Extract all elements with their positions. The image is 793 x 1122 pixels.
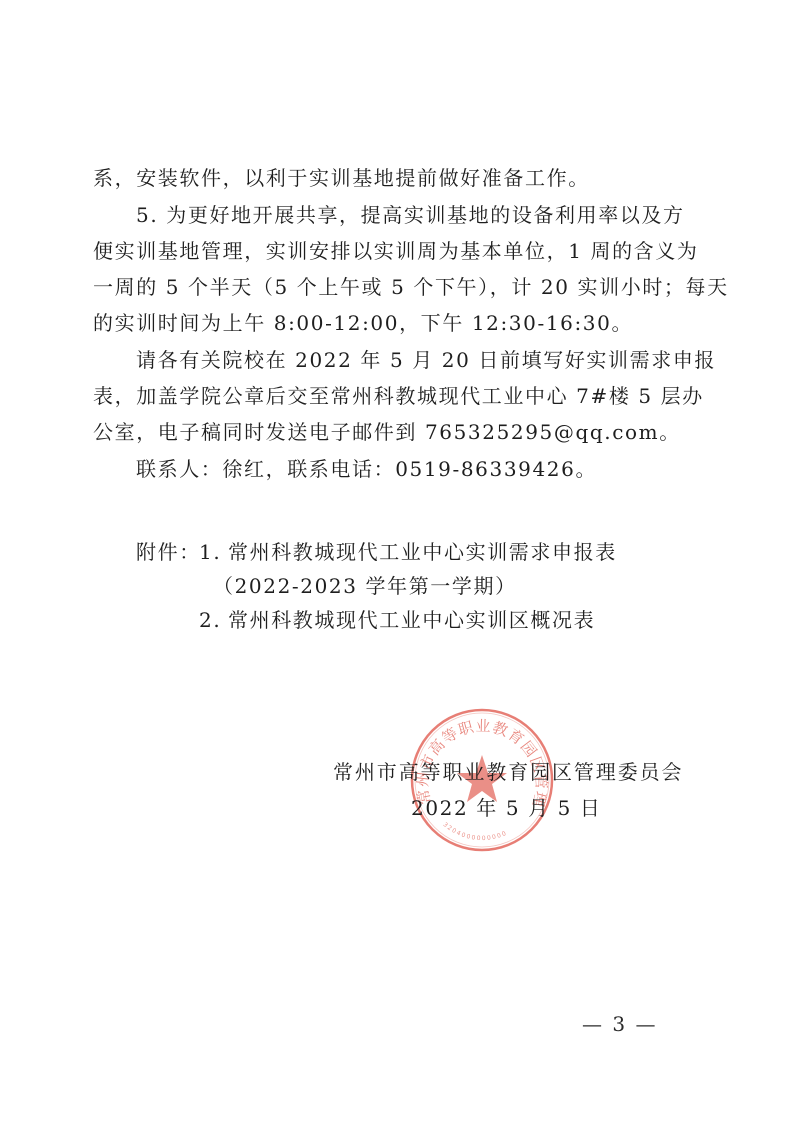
attachment-2-title: 常州科教城现代工业中心实训区概况表 bbox=[228, 608, 595, 632]
svg-text:3204000000000: 3204000000000 bbox=[442, 821, 509, 842]
page-number: — 3 — bbox=[582, 1012, 657, 1036]
attachment-2-number: 2. bbox=[199, 608, 221, 632]
attachment-1-number: 1. bbox=[199, 540, 221, 564]
body-line-7: 表，加盖学院公章后交至常州科教城现代工业中心 7#楼 5 层办 bbox=[93, 384, 704, 408]
svg-text:常州市高等职业教育园区管理委员会: 常州市高等职业教育园区管理委员会 bbox=[409, 707, 550, 809]
body-line-4: 一周的 5 个半天（5 个上午或 5 个下午），计 20 实训小时；每天 bbox=[93, 275, 729, 299]
body-line-3: 便实训基地管理，实训安排以实训周为基本单位，1 周的含义为 bbox=[93, 239, 698, 263]
issuing-organization: 常州市高等职业教育园区管理委员会 bbox=[333, 760, 683, 784]
attachment-1-title: 常州科教城现代工业中心实训需求申报表 bbox=[228, 540, 617, 564]
body-line-5: 的实训时间为上午 8:00-12:00，下午 12:30-16:30。 bbox=[93, 311, 633, 335]
body-line-6: 请各有关院校在 2022 年 5 月 20 日前填写好实训需求申报 bbox=[136, 348, 716, 372]
body-line-1: 系，安装软件，以利于实训基地提前做好准备工作。 bbox=[93, 166, 590, 190]
issue-date: 2022 年 5 月 5 日 bbox=[411, 796, 602, 820]
body-line-2: 5. 为更好地开展共享，提高实训基地的设备利用率以及方 bbox=[136, 203, 685, 227]
body-line-8: 公室，电子稿同时发送电子邮件到 765325295@qq.com。 bbox=[93, 420, 681, 444]
attachments-label: 附件： bbox=[136, 540, 201, 564]
attachment-1-subtitle: （2022-2023 学年第一学期） bbox=[213, 574, 517, 598]
contact-line: 联系人：徐红，联系电话：0519-86339426。 bbox=[136, 457, 597, 481]
